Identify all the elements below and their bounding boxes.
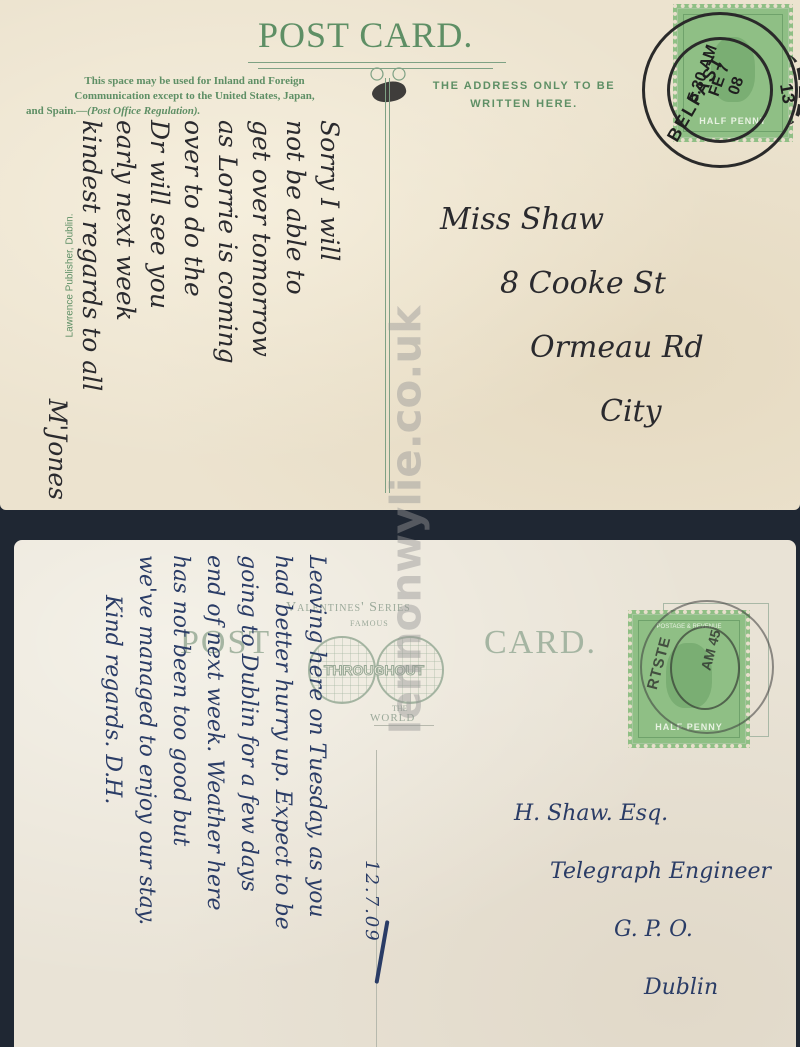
postmark-number: 13 — [775, 82, 799, 105]
address-line: City — [440, 380, 704, 444]
message-line: going to Dublin for a few days — [231, 555, 265, 1035]
address-line: Ormeau Rd — [440, 316, 704, 380]
handwritten-message: Leaving here on Tuesday, as you had bett… — [95, 555, 333, 1035]
message-signature: Kind regards. D.H. — [95, 555, 129, 1035]
notice-regulation: (Post Office Regulation). — [87, 105, 200, 117]
address-line: Dublin — [514, 959, 771, 1017]
postmark: RTSTE AM 45 — [640, 600, 774, 734]
correspondence-notice: This space may be used for Inland and Fo… — [22, 74, 367, 119]
watermark: lennonwylie.co.uk — [376, 240, 436, 800]
postcard-title-right: CARD. — [484, 624, 597, 662]
title-rule — [248, 62, 506, 63]
message-area: Sorry I will not be able to get over tom… — [8, 120, 378, 500]
message-line: end of next week. Weather here — [197, 555, 231, 1035]
address-line: 8 Cooke St — [440, 252, 704, 316]
message-line: early next week — [108, 120, 142, 500]
message-line: Leaving here on Tuesday, as you — [299, 555, 333, 1035]
notice-line-1: This space may be used for Inland and Fo… — [84, 75, 304, 87]
notice-line-2: Communication except to the United State… — [74, 90, 314, 102]
handwritten-message: Sorry I will not be able to get over tom… — [40, 120, 346, 500]
address-line: G. P. O. — [514, 901, 771, 959]
message-line: over to do the — [176, 120, 210, 500]
message-line: Dr will see you — [142, 120, 176, 500]
message-signature: M'Jones — [40, 120, 74, 500]
address-line: H. Shaw. Esq. — [514, 785, 771, 843]
recipient-address: Miss Shaw 8 Cooke St Ormeau Rd City — [440, 188, 704, 444]
message-line: not be able to — [278, 120, 312, 500]
message-line: Sorry I will — [312, 120, 346, 500]
address-instruction-line-1: THE ADDRESS ONLY TO BE — [424, 77, 624, 95]
message-line: as Lorrie is coming — [210, 120, 244, 500]
message-line: had better hurry up. Expect to be — [265, 555, 299, 1035]
message-line: kindest regards to all — [74, 120, 108, 500]
message-area: Leaving here on Tuesday, as you had bett… — [44, 550, 384, 1040]
address-instruction: THE ADDRESS ONLY TO BE WRITTEN HERE. — [424, 77, 624, 113]
address-instruction-line-2: WRITTEN HERE. — [424, 95, 624, 113]
address-line: Telegraph Engineer — [514, 843, 771, 901]
watermark-text: lennonwylie.co.uk — [382, 306, 431, 734]
recipient-address: H. Shaw. Esq. Telegraph Engineer G. P. O… — [514, 785, 771, 1017]
notice-line-3: and Spain.— — [26, 105, 87, 117]
message-line: has not been too good but — [163, 555, 197, 1035]
postmark: BELFAST 5.30 AM FE 7 08 13 — [642, 12, 798, 168]
message-line: get over tomorrow — [244, 120, 278, 500]
address-line: Miss Shaw — [440, 188, 704, 252]
postcard-title: POST CARD. — [258, 14, 473, 56]
message-line: we've managed to enjoy our stay. — [129, 555, 163, 1035]
date-written: 12.7.09 — [361, 860, 382, 943]
